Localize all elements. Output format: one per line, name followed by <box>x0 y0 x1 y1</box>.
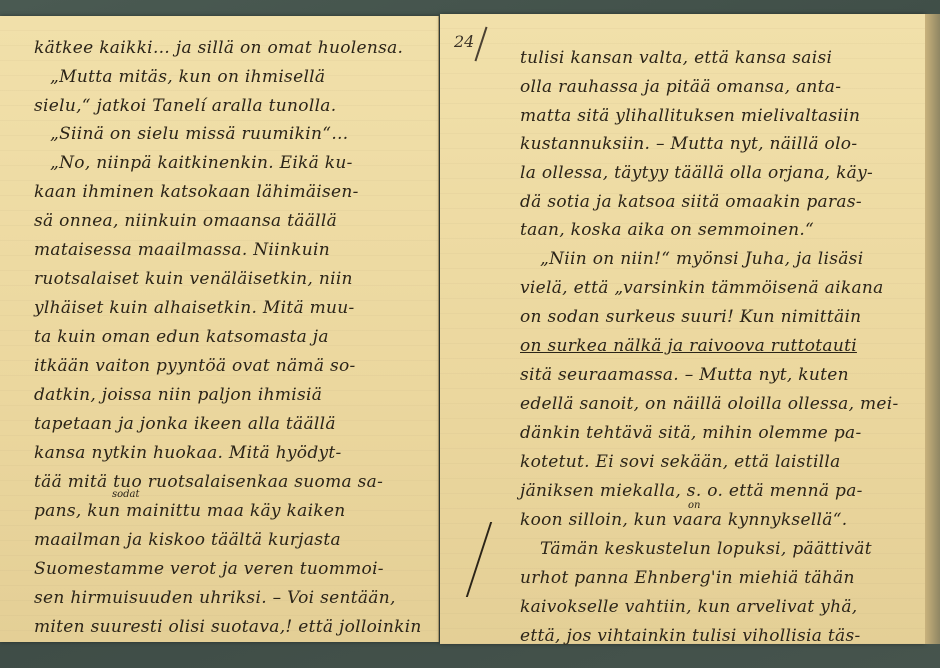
margin-bracket-mark <box>466 522 512 597</box>
page-number: 24 <box>454 32 474 51</box>
manuscript-line: pans, kun mainittu maa käy kaiken <box>34 501 346 521</box>
manuscript-line: itkään vaiton pyyntöä ovat nämä so- <box>34 356 356 376</box>
manuscript-line: dä sotia ja katsoa siitä omaakin paras- <box>520 192 862 212</box>
manuscript-line: „Niin on niin!“ myönsi Juha, ja lisäsi <box>540 249 863 269</box>
manuscript-line: sen hirmuisuuden uhriksi. – Voi sentään, <box>34 588 396 608</box>
manuscript-line: että, jos vihtainkin tulisi vihollisia t… <box>520 626 861 646</box>
manuscript-line-underlined: on surkea nälkä ja raivoova ruttotauti <box>520 336 857 356</box>
manuscript-line: miten suuresti olisi suotava,! että joll… <box>34 617 422 637</box>
manuscript-line: kaivokselle vahtiin, kun arvelivat yhä, <box>520 597 857 617</box>
manuscript-line: datkin, joissa niin paljon ihmisiä <box>34 385 322 405</box>
manuscript-line: „Siinä on sielu missä ruumikin“… <box>50 124 349 144</box>
manuscript-line: edellä sanoit, on näillä oloilla ollessa… <box>520 394 899 414</box>
manuscript-line: ylhäiset kuin alhaisetkin. Mitä muu- <box>34 298 355 318</box>
manuscript-line: sielu,“ jatkoi Tanelí aralla tunolla. <box>34 96 336 116</box>
manuscript-line: Tämän keskustelun lopuksi, päättivät <box>540 539 872 559</box>
manuscript-line: koon silloin, kun vaara kynnyksellä“. <box>520 510 847 530</box>
left-manuscript-page: kätkee kaikki… ja sillä on omat huolensa… <box>0 16 439 642</box>
manuscript-line: olla rauhassa ja pitää omansa, anta- <box>520 77 841 97</box>
manuscript-line: ruotsalaiset kuin venäläisetkin, niin <box>34 269 353 289</box>
manuscript-line: maailman ja kiskoo täältä kurjasta <box>34 530 341 550</box>
manuscript-line: la ollessa, täytyy täällä olla orjana, k… <box>520 163 873 183</box>
manuscript-line: urhot panna Ehnberg'in miehiä tähän <box>520 568 855 588</box>
insertion-note: sodat <box>112 489 140 500</box>
manuscript-line: jäniksen miekalla, s. o. että mennä pa- <box>520 481 863 501</box>
manuscript-line: kätkee kaikki… ja sillä on omat huolensa… <box>34 38 403 58</box>
page-number-slash <box>474 27 487 62</box>
manuscript-line: kustannuksiin. – Mutta nyt, näillä olo- <box>520 134 857 154</box>
manuscript-line: tää mitä tuo ruotsalaisenkaa suoma sa- <box>34 472 383 492</box>
manuscript-line: „Mutta mitäs, kun on ihmisellä <box>50 67 325 87</box>
manuscript-line: on sodan surkeus suuri! Kun nimittäin <box>520 307 861 327</box>
manuscript-line: taan, koska aika on semmoinen.“ <box>520 220 814 240</box>
manuscript-line: dänkin tehtävä sitä, mihin olemme pa- <box>520 423 862 443</box>
right-manuscript-page: 24 tulisi kansan valta, että kansa saisi… <box>440 14 925 644</box>
manuscript-line: sitä seuraamassa. – Mutta nyt, kuten <box>520 365 849 385</box>
manuscript-line: ta kuin oman edun katsomasta ja <box>34 327 329 347</box>
manuscript-line: tapetaan ja jonka ikeen alla täällä <box>34 414 336 434</box>
manuscript-line: kaan ihminen katsokaan lähimäisen- <box>34 182 359 202</box>
manuscript-line: sä onnea, niinkuin omaansa täällä <box>34 211 337 231</box>
manuscript-line: matta sitä ylihallituksen mielivaltasiin <box>520 106 860 126</box>
manuscript-line: vielä, että „varsinkin tämmöisenä aikana <box>520 278 884 298</box>
manuscript-line: mataisessa maailmassa. Niinkuin <box>34 240 330 260</box>
manuscript-line: „No, niinpä kaitkinenkin. Eikä ku- <box>50 153 353 173</box>
manuscript-line: kansa nytkin huokaa. Mitä hyödyt- <box>34 443 342 463</box>
manuscript-line: kotetut. Ei sovi sekään, että laistilla <box>520 452 841 472</box>
manuscript-line: Suomestamme verot ja veren tuommoi- <box>34 559 384 579</box>
manuscript-line: tulisi kansan valta, että kansa saisi <box>520 48 832 68</box>
